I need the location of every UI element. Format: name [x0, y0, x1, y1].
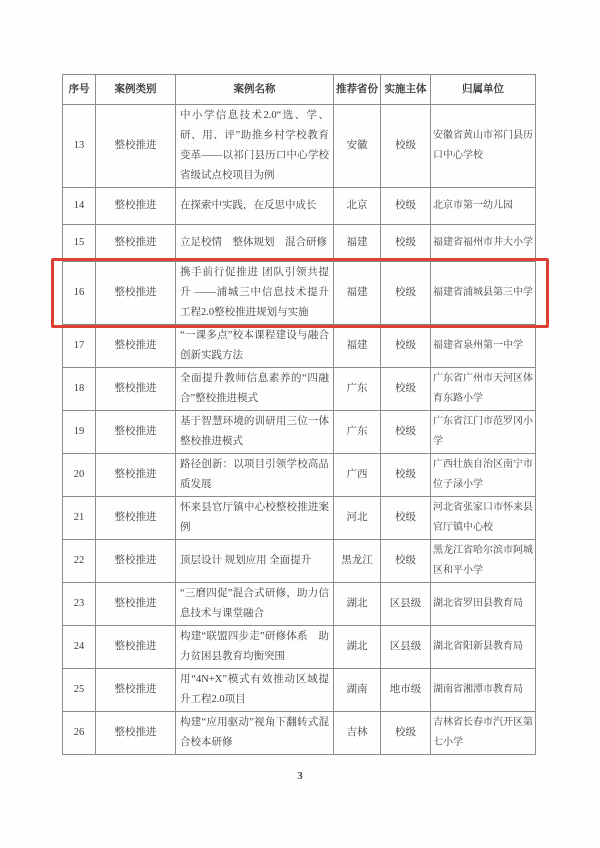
table-row: 18 整校推进 全面提升教师信息素养的“四融合”整校推进模式 广东 校级 广东省… [63, 368, 536, 411]
cell-serial-number: 23 [63, 583, 96, 626]
cell-case-name: 构建“联盟四步走”研修体系 助力贫困县教育均衡突围 [176, 626, 334, 669]
cell-province: 安徽 [334, 105, 381, 188]
cell-serial-number: 22 [63, 540, 96, 583]
cell-level: 校级 [381, 368, 431, 411]
cell-category: 整校推进 [96, 497, 176, 540]
cell-case-name: 立足校情 整体规划 混合研修 [176, 225, 334, 262]
cell-case-name: 基于智慧环境的训研用三位一体整校推进模式 [176, 411, 334, 454]
cell-category: 整校推进 [96, 583, 176, 626]
table-row: 21 整校推进 怀来县官厅镇中心校整校推进案例 河北 校级 河北省张家口市怀来县… [63, 497, 536, 540]
cell-org: 福建省福州市井大小学 [431, 225, 536, 262]
cell-org: 北京市第一幼儿园 [431, 188, 536, 225]
cell-serial-number: 21 [63, 497, 96, 540]
cell-category: 整校推进 [96, 626, 176, 669]
cell-category: 整校推进 [96, 105, 176, 188]
table-row: 24 整校推进 构建“联盟四步走”研修体系 助力贫困县教育均衡突围 湖北 区县级… [63, 626, 536, 669]
header-cell-province: 推荐省份 [334, 75, 381, 105]
cases-table: 序号 案例类别 案例名称 推荐省份 实施主体 归属单位 13 整校推进 中小学信… [62, 74, 536, 755]
cell-serial-number: 26 [63, 712, 96, 755]
cell-level: 校级 [381, 325, 431, 368]
cell-org: 福建省泉州第一中学 [431, 325, 536, 368]
cell-serial-number: 18 [63, 368, 96, 411]
cell-case-name: 构建“应用驱动”视角下翻转式混合校本研修 [176, 712, 334, 755]
cell-org: 吉林省长春市汽开区第七小学 [431, 712, 536, 755]
table-row: 22 整校推进 顶层设计 规划应用 全面提升 黑龙江 校级 黑龙江省哈尔滨市阿城… [63, 540, 536, 583]
cell-org: 广东省江门市范罗冈小学 [431, 411, 536, 454]
header-cell-level: 实施主体 [381, 75, 431, 105]
header-cell-no: 序号 [63, 75, 96, 105]
cell-level: 校级 [381, 262, 431, 325]
cell-serial-number: 25 [63, 669, 96, 712]
cell-org: 湖北省阳新县教育局 [431, 626, 536, 669]
cell-level: 校级 [381, 540, 431, 583]
header-cell-org: 归属单位 [431, 75, 536, 105]
cell-province: 广西 [334, 454, 381, 497]
cell-province: 湖北 [334, 583, 381, 626]
cell-level: 校级 [381, 411, 431, 454]
table-row: 17 整校推进 “一课多点”校本课程建设与融合创新实践方法 福建 校级 福建省泉… [63, 325, 536, 368]
cell-serial-number: 24 [63, 626, 96, 669]
cell-serial-number: 20 [63, 454, 96, 497]
cell-category: 整校推进 [96, 540, 176, 583]
cell-category: 整校推进 [96, 411, 176, 454]
cell-province: 湖北 [334, 626, 381, 669]
cell-case-name: “三磨四促”混合式研修，助力信息技术与课堂融合 [176, 583, 334, 626]
table-row: 14 整校推进 在探索中实践，在反思中成长 北京 校级 北京市第一幼儿园 [63, 188, 536, 225]
cell-level: 区县级 [381, 626, 431, 669]
cell-case-name: 顶层设计 规划应用 全面提升 [176, 540, 334, 583]
cell-level: 校级 [381, 188, 431, 225]
cell-case-name: 携手前行促推进 团队引领共提升 ——浦城三中信息技术提升工程2.0整校推进规划与… [176, 262, 334, 325]
table-row: 23 整校推进 “三磨四促”混合式研修，助力信息技术与课堂融合 湖北 区县级 湖… [63, 583, 536, 626]
cell-level: 校级 [381, 454, 431, 497]
cell-province: 广东 [334, 368, 381, 411]
cell-category: 整校推进 [96, 225, 176, 262]
cell-serial-number: 16 [63, 262, 96, 325]
cell-case-name: 在探索中实践，在反思中成长 [176, 188, 334, 225]
cell-case-name: 路径创新：以项目引领学校高品质发展 [176, 454, 334, 497]
cell-level: 校级 [381, 225, 431, 262]
cell-org: 福建省浦城县第三中学 [431, 262, 536, 325]
table-row: 16 整校推进 携手前行促推进 团队引领共提升 ——浦城三中信息技术提升工程2.… [63, 262, 536, 325]
header-cell-name: 案例名称 [176, 75, 334, 105]
cell-province: 湖南 [334, 669, 381, 712]
header-cell-category: 案例类别 [96, 75, 176, 105]
cell-serial-number: 19 [63, 411, 96, 454]
table-header-row: 序号 案例类别 案例名称 推荐省份 实施主体 归属单位 [63, 75, 536, 105]
cell-case-name: 中小学信息技术2.0“选、学、研、用、评”助推乡村学校教育变革——以祁门县历口中… [176, 105, 334, 188]
table-row: 26 整校推进 构建“应用驱动”视角下翻转式混合校本研修 吉林 校级 吉林省长春… [63, 712, 536, 755]
cell-province: 广东 [334, 411, 381, 454]
cell-level: 校级 [381, 712, 431, 755]
cell-category: 整校推进 [96, 454, 176, 497]
cell-category: 整校推进 [96, 712, 176, 755]
cell-province: 黑龙江 [334, 540, 381, 583]
cell-org: 广西壮族自治区南宁市位子渌小学 [431, 454, 536, 497]
cell-org: 安徽省黄山市祁门县历口中心学校 [431, 105, 536, 188]
cell-case-name: 怀来县官厅镇中心校整校推进案例 [176, 497, 334, 540]
cell-org: 河北省张家口市怀来县官厅镇中心校 [431, 497, 536, 540]
table-row: 25 整校推进 用“4N+X”模式有效推动区域提升工程2.0项目 湖南 地市级 … [63, 669, 536, 712]
cell-org: 湖南省湘潭市教育局 [431, 669, 536, 712]
cell-province: 吉林 [334, 712, 381, 755]
cell-case-name: 用“4N+X”模式有效推动区域提升工程2.0项目 [176, 669, 334, 712]
document-page: 序号 案例类别 案例名称 推荐省份 实施主体 归属单位 13 整校推进 中小学信… [0, 0, 600, 848]
table-row: 13 整校推进 中小学信息技术2.0“选、学、研、用、评”助推乡村学校教育变革—… [63, 105, 536, 188]
cell-serial-number: 13 [63, 105, 96, 188]
cell-level: 区县级 [381, 583, 431, 626]
table-row: 15 整校推进 立足校情 整体规划 混合研修 福建 校级 福建省福州市井大小学 [63, 225, 536, 262]
cell-category: 整校推进 [96, 669, 176, 712]
table-row: 20 整校推进 路径创新：以项目引领学校高品质发展 广西 校级 广西壮族自治区南… [63, 454, 536, 497]
cell-category: 整校推进 [96, 325, 176, 368]
cell-case-name: “一课多点”校本课程建设与融合创新实践方法 [176, 325, 334, 368]
cell-category: 整校推进 [96, 188, 176, 225]
cell-province: 福建 [334, 225, 381, 262]
cell-level: 校级 [381, 497, 431, 540]
table-row: 19 整校推进 基于智慧环境的训研用三位一体整校推进模式 广东 校级 广东省江门… [63, 411, 536, 454]
cell-serial-number: 15 [63, 225, 96, 262]
cell-case-name: 全面提升教师信息素养的“四融合”整校推进模式 [176, 368, 334, 411]
cell-province: 河北 [334, 497, 381, 540]
cell-level: 校级 [381, 105, 431, 188]
cell-province: 北京 [334, 188, 381, 225]
cell-serial-number: 14 [63, 188, 96, 225]
cell-org: 黑龙江省哈尔滨市阿城区和平小学 [431, 540, 536, 583]
cell-province: 福建 [334, 262, 381, 325]
cell-category: 整校推进 [96, 368, 176, 411]
cell-level: 地市级 [381, 669, 431, 712]
cell-org: 广东省广州市天河区体育东路小学 [431, 368, 536, 411]
cell-province: 福建 [334, 325, 381, 368]
cell-serial-number: 17 [63, 325, 96, 368]
cell-org: 湖北省罗田县教育局 [431, 583, 536, 626]
cell-category: 整校推进 [96, 262, 176, 325]
page-number: 3 [0, 770, 600, 782]
